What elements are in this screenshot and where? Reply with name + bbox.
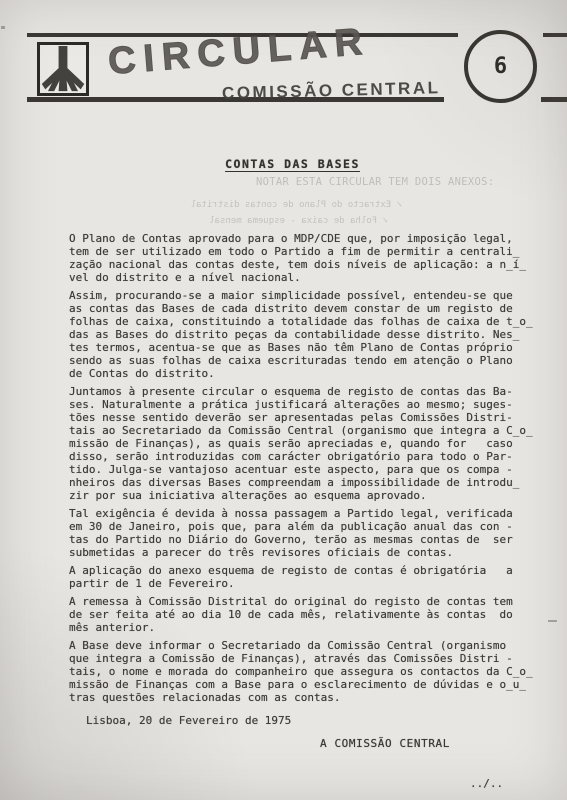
tree-emblem-icon xyxy=(40,45,86,93)
paragraph: Tal exigência é devida à nossa passagem … xyxy=(69,507,521,559)
text-line: vel do distrito e a nível nacional. xyxy=(69,271,521,284)
text-line: Tal exigência é devida à nossa passagem … xyxy=(69,507,521,520)
paragraph: A aplicação do anexo esquema de registo … xyxy=(69,564,521,590)
text-line: zir por sua iniciativa alterações ao esq… xyxy=(69,489,521,502)
header-rule-top-right xyxy=(543,33,567,37)
paragraph: Juntamos à presente circular o esquema d… xyxy=(69,385,521,502)
text-line: tões nesse sentido deverão ser apresenta… xyxy=(69,411,521,424)
text-line: ses. Naturalmente a prática justificará … xyxy=(69,398,521,411)
text-line: mês anterior. xyxy=(69,621,521,634)
text-line: tais ao Secretariado da Comissão Central… xyxy=(69,424,521,437)
text-line: Juntamos à presente circular o esquema d… xyxy=(69,385,521,398)
text-line: folhas de caixa, constituindo a totalida… xyxy=(69,315,521,328)
text-line: tas do Partido no Diário do Governo, ter… xyxy=(69,533,521,546)
paragraph: O Plano de Contas aprovado para o MDP/CD… xyxy=(69,232,521,284)
text-line: das as Bases do distrito peças da contab… xyxy=(69,328,521,341)
text-line: O Plano de Contas aprovado para o MDP/CD… xyxy=(69,232,521,245)
date-line: Lisboa, 20 de Fevereiro de 1975 xyxy=(86,714,291,727)
ink-speck xyxy=(1,26,5,29)
text-line: tido. Julga-se vantajoso acentuar este a… xyxy=(69,463,521,476)
issue-number-circle: 6 xyxy=(464,30,537,103)
signature: A COMISSÃO CENTRAL xyxy=(320,737,450,750)
text-line: as contas das Bases de cada distrito dev… xyxy=(69,302,521,315)
text-line: zação nacional das contas deste, tem doi… xyxy=(69,258,521,271)
stamp-title: CIRCULAR xyxy=(107,21,372,84)
body-paragraphs: O Plano de Contas aprovado para o MDP/CD… xyxy=(69,232,521,709)
paragraph: Assim, procurando-se a maior simplicidad… xyxy=(69,289,521,380)
text-line: que integra a Comissão de Finanças), atr… xyxy=(69,652,521,665)
text-line: A remessa à Comissão Distrital do origin… xyxy=(69,595,521,608)
document-title-row: CONTAS DAS BASES xyxy=(69,153,516,172)
text-line: nheiros das diversas Bases compreendam a… xyxy=(69,476,521,489)
text-line: partir de 1 de Fevereiro. xyxy=(69,577,521,590)
page-continuation-marker: ../.. xyxy=(470,777,503,790)
bleed-through-annex-2: ✓ Folha de caixa - esquema mensal xyxy=(196,216,388,226)
text-line: Assim, procurando-se a maior simplicidad… xyxy=(69,289,521,302)
text-line: de ser feita até ao dia 10 de cada mês, … xyxy=(69,608,521,621)
paragraph: A Base deve informar o Secretariado da C… xyxy=(69,639,521,704)
issue-number: 6 xyxy=(494,54,507,79)
bleed-through-note: NOTAR ESTA CIRCULAR TEM DOIS ANEXOS: xyxy=(256,176,494,188)
text-line: de Contas do distrito. xyxy=(69,367,521,380)
text-line: A Base deve informar o Secretariado da C… xyxy=(69,639,521,652)
header-rule-bottom-right xyxy=(541,97,567,102)
text-line: em 30 de Janeiro, pois que, para além da… xyxy=(69,520,521,533)
bleed-through-annex-1: ✓ Extracto do Plano de contas distrital xyxy=(206,200,402,210)
text-line: submetidas a parecer do três revisores o… xyxy=(69,546,521,559)
text-line: missão de Finanças), as quais serão apre… xyxy=(69,437,521,450)
text-line: sendo as suas folhas de caixa escriturad… xyxy=(69,354,521,367)
text-line: tem de ser utilizado em todo o Partido a… xyxy=(69,245,521,258)
text-line: disso, serão introduzidas com carácter o… xyxy=(69,450,521,463)
scanned-circular-page: CIRCULAR COMISSÃO CENTRAL 6 CONTAS DAS B… xyxy=(0,0,567,800)
paragraph: A remessa à Comissão Distrital do origin… xyxy=(69,595,521,634)
text-line: tais, o nome e morada do companheiro que… xyxy=(69,665,521,678)
party-emblem xyxy=(37,42,89,96)
text-line: tras questões relacionadas com as contas… xyxy=(69,691,521,704)
margin-mark xyxy=(548,620,557,622)
text-line: A aplicação do anexo esquema de registo … xyxy=(69,564,521,577)
text-line: missão de Finanças com a Base para o esc… xyxy=(69,678,521,691)
document-title: CONTAS DAS BASES xyxy=(225,157,360,171)
text-line: tes termos, acentua-se que as Bases não … xyxy=(69,341,521,354)
